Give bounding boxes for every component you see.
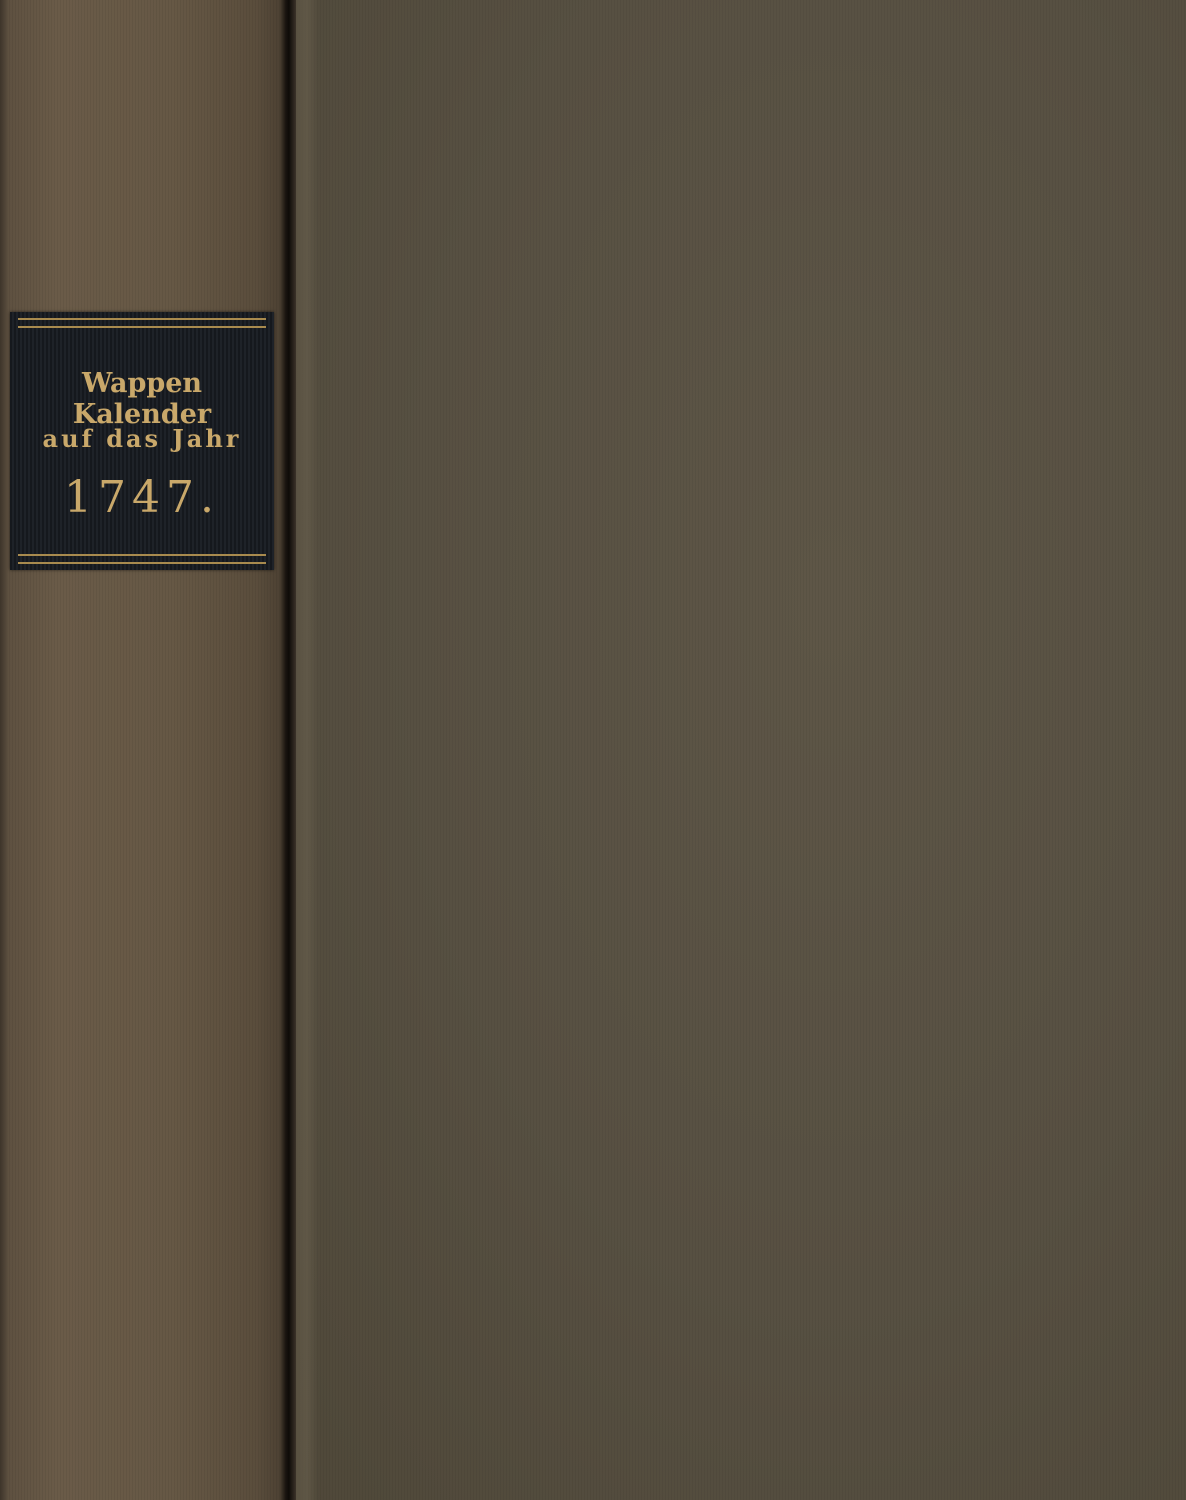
book-spine: Wappen Kalender auf das Jahr 1747. [0, 0, 285, 1500]
cover-ridge [296, 0, 318, 1500]
gilt-rule [18, 562, 266, 564]
title-line-1: Wappen Kalender [10, 368, 274, 430]
spine-title-label: Wappen Kalender auf das Jahr 1747. [10, 312, 274, 570]
gilt-rule [18, 326, 266, 328]
spine-edge [0, 0, 8, 1500]
title-line-2: auf das Jahr [10, 424, 274, 453]
title-year: 1747. [10, 472, 274, 523]
book-front-cover [296, 0, 1186, 1500]
gilt-rule [18, 318, 266, 320]
book-hinge [280, 0, 296, 1500]
gilt-rule [18, 554, 266, 556]
